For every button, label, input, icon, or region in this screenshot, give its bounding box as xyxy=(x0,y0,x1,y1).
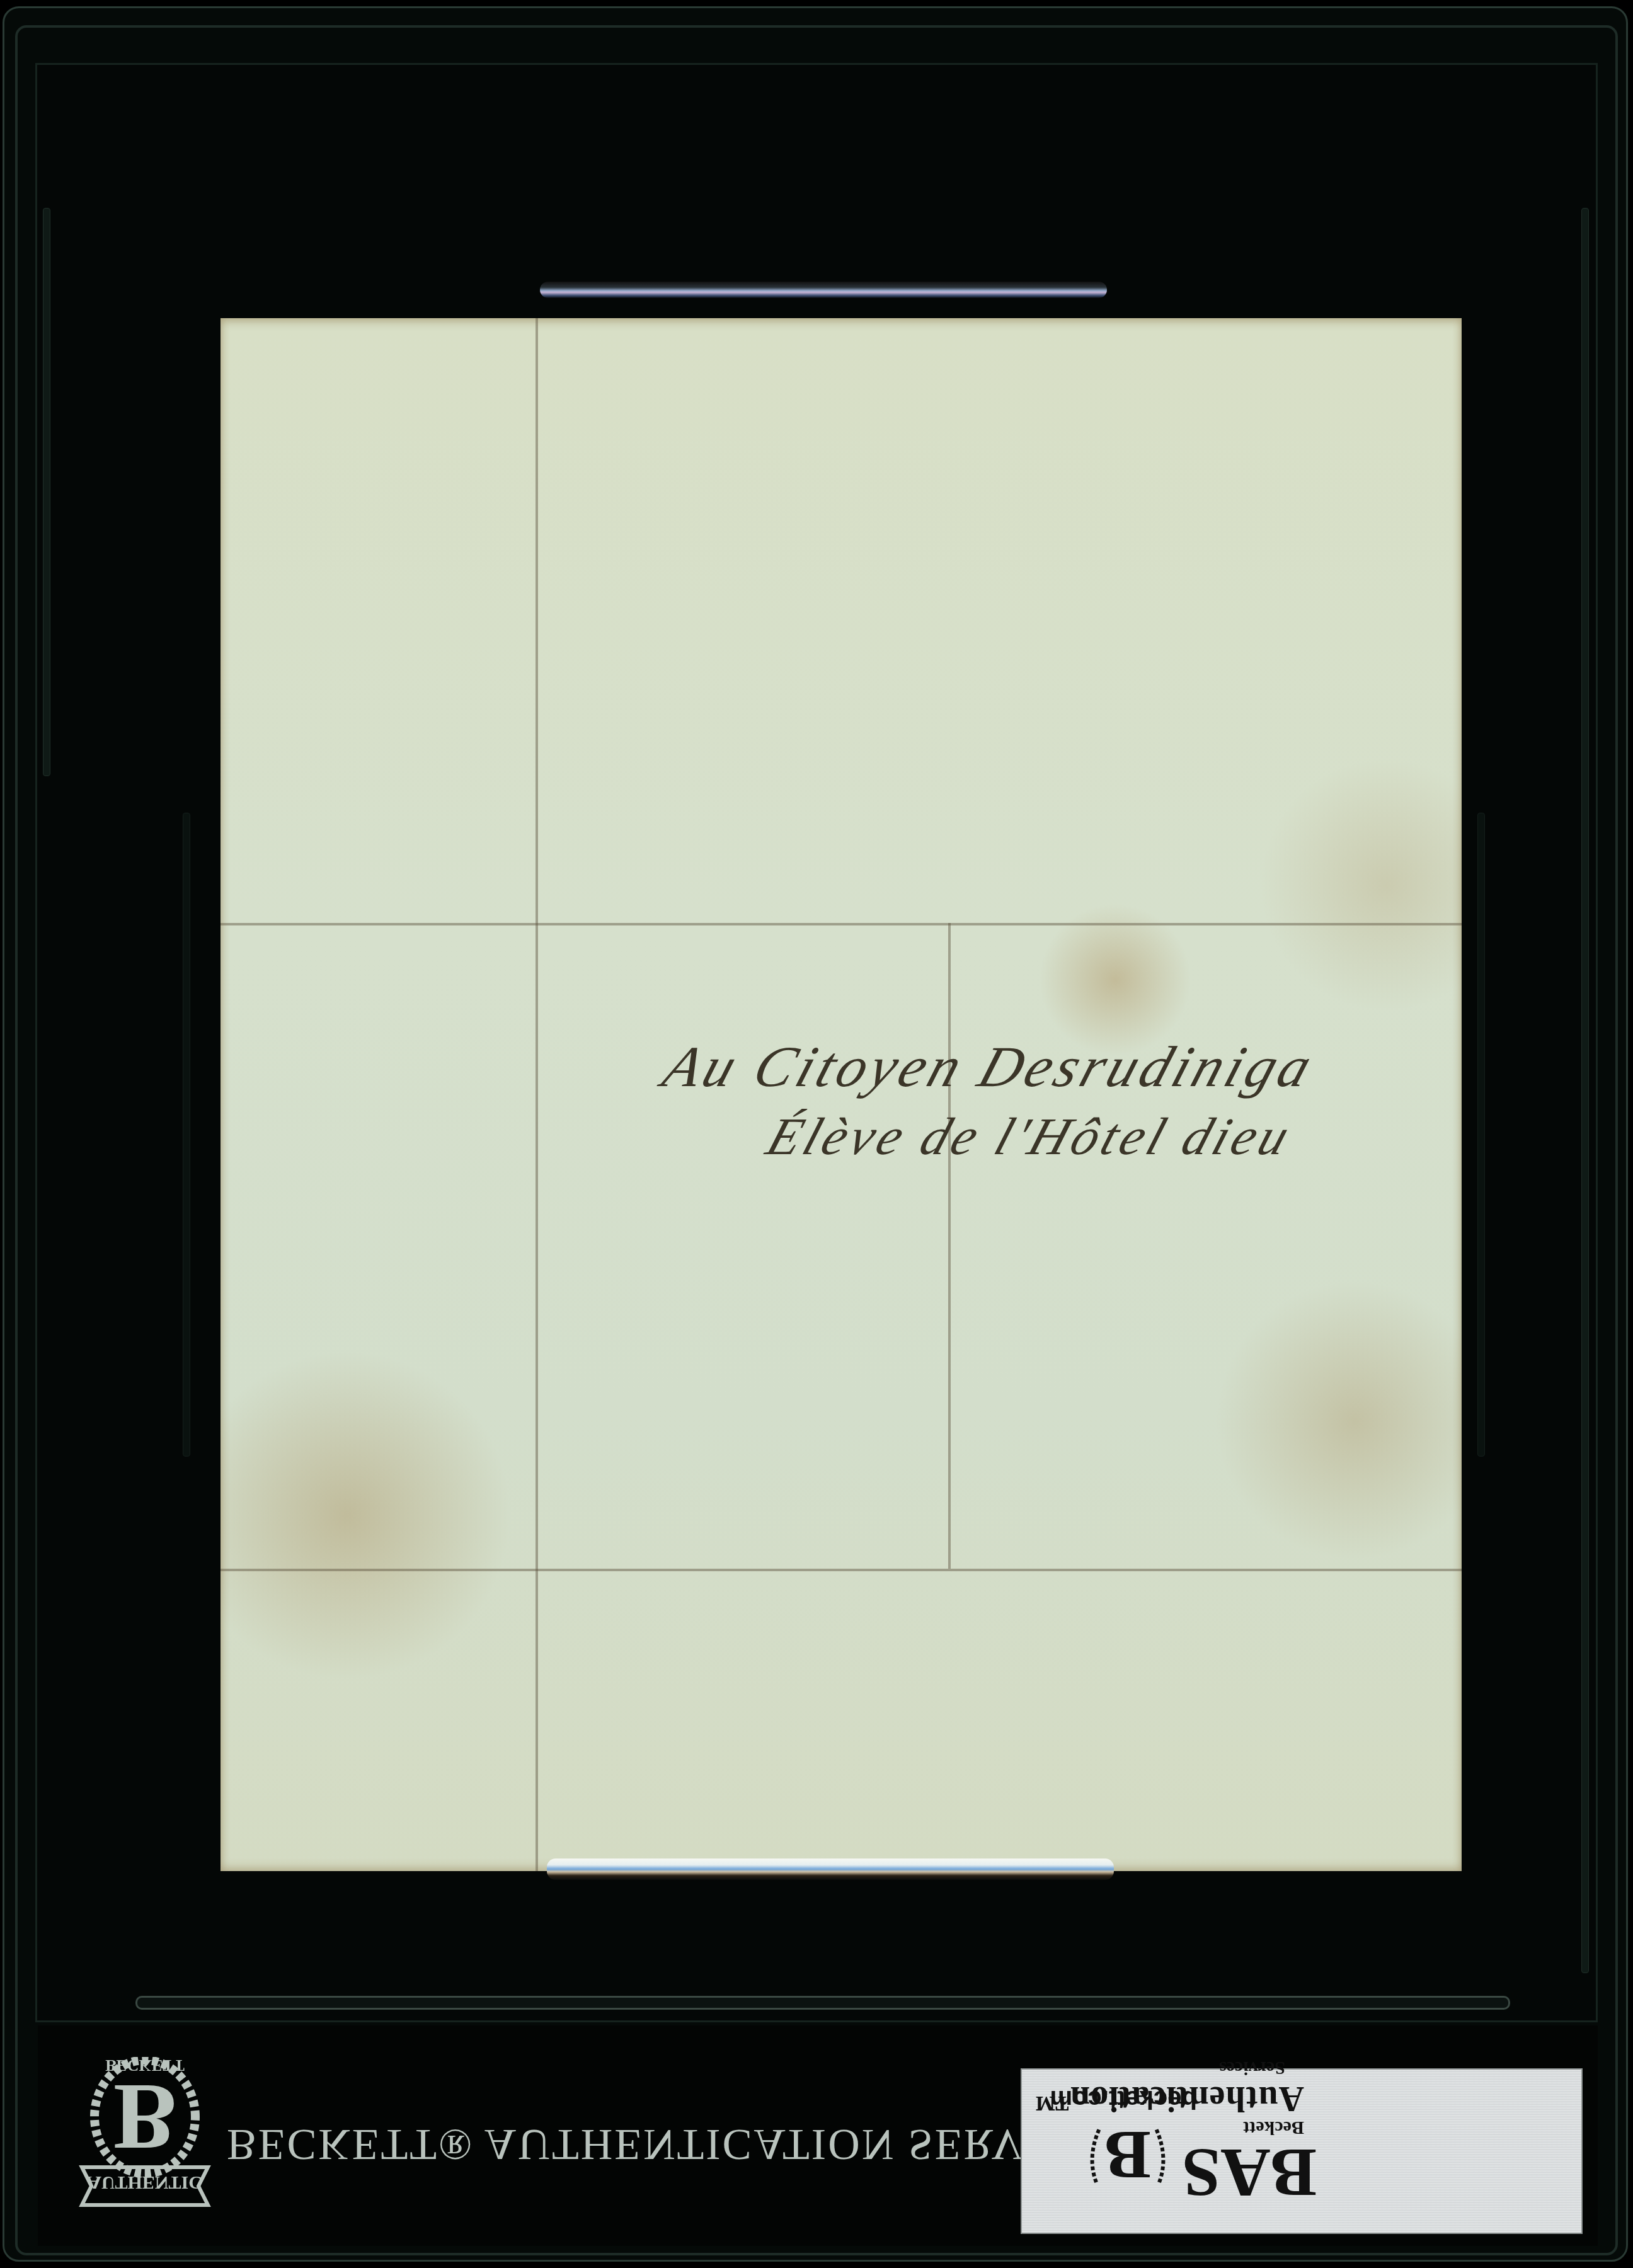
fold-line-vertical-right xyxy=(948,923,951,1569)
beckett-word: Beckett xyxy=(1243,2117,1304,2138)
beckett-authentic-logo: AUTHENTIC B BECKETT xyxy=(69,2057,221,2211)
silver-bas-label: BAS Beckett Authentication™ Services B b… xyxy=(1021,2068,1583,2234)
address-line-2: Élève de l'Hôtel dieu xyxy=(759,1106,1428,1167)
beckett-url: beckett.com xyxy=(1050,2085,1197,2113)
bottom-retaining-clip xyxy=(547,1858,1114,1880)
right-rail xyxy=(1581,208,1589,1973)
bottom-rail xyxy=(135,1996,1510,2010)
svg-text:B: B xyxy=(1104,2119,1150,2194)
bas-acronym: BAS xyxy=(1182,2138,1317,2208)
handwritten-address: Au Citoyen Desrudiniga Élève de l'Hôtel … xyxy=(633,1033,1452,1167)
laurel-b-mark-icon: B xyxy=(1084,2119,1172,2195)
svg-text:B: B xyxy=(113,2065,176,2169)
fold-line-horizontal-bottom xyxy=(221,1569,1462,1571)
brand-text: BECKETT® AUTHENTICATION SERVICES xyxy=(227,2122,1008,2166)
fold-line-vertical-left xyxy=(536,318,538,1871)
laurel-b-icon: AUTHENTIC B BECKETT xyxy=(69,2057,221,2211)
fold-line-horizontal-top xyxy=(221,923,1462,925)
right-rail-mid xyxy=(1477,813,1485,1457)
svg-text:BECKETT: BECKETT xyxy=(105,2057,185,2075)
left-rail-mid xyxy=(183,813,190,1457)
left-rail-upper xyxy=(43,208,50,776)
services-word: Services xyxy=(1219,2057,1285,2078)
top-retaining-clip xyxy=(540,282,1107,298)
address-line-1: Au Citoyen Desrudiniga xyxy=(655,1033,1452,1100)
